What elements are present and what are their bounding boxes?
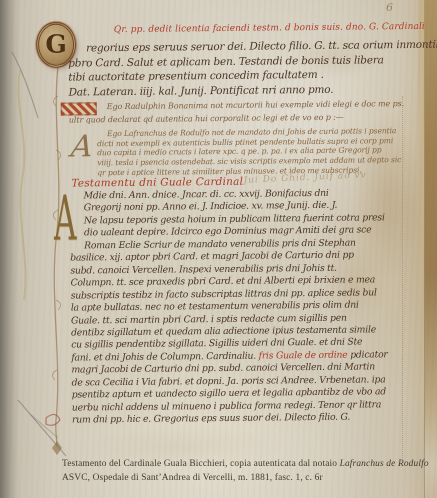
rubric-incipit-line: Qr. pp. dedit licentia faciendi testm. d… bbox=[114, 22, 425, 35]
manuscript-line-segment: Guale. tt. sci martin pbri Card. i sptis… bbox=[71, 312, 347, 326]
rubric-testament-heading: Testamentu dni Guale Cardinal bbox=[71, 176, 243, 190]
manuscript-line-segment: regorius eps seruus seruor dei. Dilecto … bbox=[86, 39, 437, 55]
paragraph-initial-A: A bbox=[70, 130, 95, 164]
manuscript-line-segment: subd. canoici Vercellen. Inspexi venerab… bbox=[70, 262, 337, 276]
testament-main-text-block: Mdie dni. Ann. dnice. Jncar. di. cc. xxv… bbox=[70, 187, 389, 427]
manuscript-text-area: Qr. pp. dedit licentia faciendi testm. d… bbox=[0, 0, 437, 462]
papal-letter-opening-block: regorius eps seruus seruor dei. Dilecto … bbox=[68, 38, 437, 100]
caption-line-2: ASVC, Ospedale di Sant’Andrea di Vercell… bbox=[62, 471, 429, 485]
manuscript-line: rum dni pp. hic e. Gregorius eps suus su… bbox=[72, 411, 388, 427]
caption-line-1-text: Testamento del Cardinale Guala Bicchieri… bbox=[62, 459, 340, 469]
manuscript-line-segment: basilice. xij. aptor pbri Card. et magri… bbox=[70, 250, 354, 264]
manuscript-line: ultr quod declarat qd autentica hui corp… bbox=[69, 110, 404, 127]
manuscript-photograph: 6 Qr. pp. dedit licentia faciendi testm.… bbox=[0, 0, 437, 498]
manuscript-line-segment: fris Guale de ordine bbox=[259, 350, 348, 362]
manuscript-line-segment: Mdie dni. Ann. dnice. Jncar. di. cc. xxv… bbox=[84, 188, 329, 202]
manuscript-line-segment: Gregorij noni pp. Anno ei. J. Indicioe. … bbox=[84, 200, 338, 214]
notary-attestation-block-1: Ego Radulphin Bonanima not mcurtorii hui… bbox=[69, 97, 405, 127]
manuscript-line-segment: pdicator bbox=[347, 349, 387, 360]
photo-caption: Testamento del Cardinale Guala Bicchieri… bbox=[62, 457, 429, 486]
caption-line-1: Testamento del Cardinale Guala Bicchieri… bbox=[62, 457, 429, 471]
manuscript-line-segment: Ego Radulphin Bonanima not mcurtorii hui… bbox=[107, 99, 404, 111]
manuscript-line-segment: Dat. Lateran. iiij. kal. Junij. Pontific… bbox=[68, 84, 333, 99]
manuscript-line-segment: tibi auctoritate presentium concedim fac… bbox=[68, 69, 323, 84]
caption-notary-name: Lafranchus de Rodulfo bbox=[340, 459, 429, 469]
manuscript-line-segment: rum dni pp. hic e. Gregorius eps suus su… bbox=[72, 412, 350, 426]
manuscript-line-segment: ultr quod declarat qd autentica hui corp… bbox=[69, 113, 344, 125]
manuscript-line-segment: fani. et dni Johis de Columpn. Cardinali… bbox=[71, 350, 258, 363]
manuscript-line-segment: pbro Card. Salut et aplicam ben. Testand… bbox=[68, 54, 384, 69]
manuscript-line-segment: Roman Eclie Scriur de mandato venerabili… bbox=[84, 237, 356, 251]
